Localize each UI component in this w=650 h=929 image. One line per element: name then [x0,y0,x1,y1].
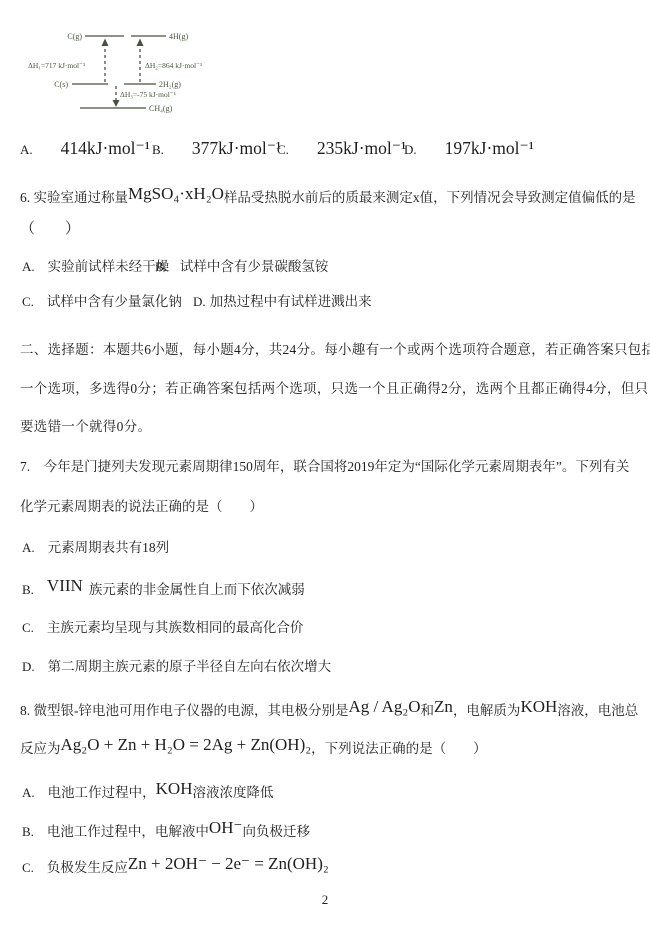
option-letter: D. [193,294,206,309]
option-letter: C. [22,860,34,875]
diagram-dh1-label: ΔH₁=717 kJ·mol⁻¹ [28,61,85,70]
q8-electrodes-formula: Ag / Ag₂O [349,697,421,716]
exam-page: { "page_number": "2", "colors": { "ink":… [0,0,650,929]
q7-option-b: B.VIIN族元素的非金属性自上而下依次减弱 [22,578,305,599]
page-number: 2 [0,892,650,908]
q8-l1-text4: 溶液，电池总 [557,703,638,718]
option-letter: A. [22,540,35,555]
q8-stem-line1: 8. 微型银-锌电池可用作电子仪器的电源，其电极分别是Ag / Ag₂O和Zn，… [20,699,638,720]
q8-option-c-formula: Zn + 2OH⁻ − 2e⁻ = Zn(OH)₂ [128,854,329,873]
option-letter: B. [22,824,34,839]
q8-option-b: B.电池工作过程中，电解液中OH⁻向负极迁移 [22,820,310,841]
q7-option-b-formula: VIIN [47,576,83,595]
q7-stem-line1: 7. 今年是门捷列夫发现元素周期律150周年，联合国将2019年定为“国际化学元… [20,459,629,476]
option-value: 377kJ·mol⁻¹ [192,138,281,158]
section2-instructions-line3: 要选错一个就得0分。 [20,419,151,436]
option-text: 主族元素均呈现与其族数相同的最高化合价 [47,620,304,635]
energy-diagram: C(g) 4H(g) C(s) 2H₂(g) CH₄(g) ΔH₁=717 kJ… [28,16,238,124]
diagram-label-2h2: 2H₂(g) [159,80,181,89]
diagram-dh3-label: ΔH₃=-75 kJ·mol⁻¹ [120,90,176,99]
q6-suffix: 样品受热脱水前后的质最来测定x值，下列情况会导致测定值偏低的是 [224,190,636,205]
q7-option-d: D.第二周期主族元素的原子半径自左向右依次增大 [22,659,331,676]
option-letter: B. [152,142,164,157]
diagram-dh2-label: ΔH₂=864 kJ·mol⁻¹ [145,61,202,70]
diagram-label-ch4: CH₄(g) [149,104,173,113]
diagram-label-cs: C(s) [54,80,68,89]
q8-l2-text2: ，下列说法正确的是（ ） [311,741,487,756]
q6-prefix: 6. 实验室通过称量 [20,190,128,205]
dh3-arrowhead [113,100,120,107]
q5-option-c: C.235kJ·mol⁻¹ [277,138,406,160]
option-text: 元素周期表共有18列 [48,540,170,555]
q8-option-b-formula: OH⁻ [209,818,243,837]
q5-option-d: D.197kJ·mol⁻¹ [404,138,534,160]
option-letter: A. [20,142,33,157]
q6-formula: MgSO₄·xH₂O [128,184,224,203]
q8-l2-text1: 反应为 [20,741,61,756]
option-letter: C. [277,142,289,157]
option-text: 第二周期主族元素的原子半径自左向右依次增大 [48,659,332,674]
q5-option-a: A.414kJ·mol⁻¹ [20,138,150,160]
q6-stem: 6. 实验室通过称量MgSO₄·xH₂O样品受热脱水前后的质最来测定x值，下列情… [20,186,636,207]
option-letter: B. [155,259,167,274]
q7-stem-line2: 化学元素周期表的说法正确的是（ ） [20,499,263,516]
q8-l1-text2: 和 [421,703,435,718]
q8-zn-formula: Zn [434,697,453,716]
q8-overall-reaction-formula: Ag₂O + Zn + H₂O = 2Ag + Zn(OH)₂ [61,735,312,754]
option-letter: D. [404,142,417,157]
q6-option-a: A.实验前试样未经干燥 [22,259,169,276]
option-text: 加热过程中有试样进溅出来 [210,294,372,309]
q8-koh-formula: KOH [520,697,557,716]
option-text: 实验前试样未经干燥 [48,259,170,274]
option-letter: C. [22,294,34,309]
diagram-label-4h: 4H(g) [169,32,188,41]
option-letter: B. [22,582,34,597]
q6-option-d: D.加热过程中有试样进溅出来 [193,294,372,311]
option-pre: 电池工作过程中，电解液中 [47,824,209,839]
diagram-label-cg: C(g) [67,32,82,41]
option-value: 235kJ·mol⁻¹ [317,138,406,158]
q8-option-a-formula: KOH [156,779,193,798]
q8-stem-line2: 反应为Ag₂O + Zn + H₂O = 2Ag + Zn(OH)₂，下列说法正… [20,737,487,758]
q6-answer-brackets: （ ） [20,220,80,239]
option-pre: 负极发生反应 [47,860,128,875]
option-pre: 电池工作过程中， [48,785,156,800]
dh1-arrowhead [102,39,109,47]
q8-option-c: C.负极发生反应Zn + 2OH⁻ − 2e⁻ = Zn(OH)₂ [22,856,329,877]
section2-instructions-line2: 一个选项，多选得0分；若正确答案包括两个选项，只选一个且正确得2分，选两个且都正… [20,381,648,398]
q7-option-c: C.主族元素均呈现与其族数相同的最高化合价 [22,620,303,637]
option-value: 414kJ·mol⁻¹ [61,138,150,158]
option-letter: A. [22,785,35,800]
option-post: 向负极迁移 [242,824,310,839]
option-letter: A. [22,259,35,274]
q5-option-b: B.377kJ·mol⁻¹ [152,138,281,160]
option-text: 族元素的非金属性自上而下依次减弱 [89,582,305,597]
q8-l1-text1: 8. 微型银-锌电池可用作电子仪器的电源，其电极分别是 [20,703,349,718]
q6-option-c: C.试样中含有少量氯化钠 [22,294,182,311]
q8-option-a: A.电池工作过程中，KOH溶液浓度降低 [22,781,273,802]
option-text: 试样中含有少量氯化钠 [47,294,182,309]
option-letter: C. [22,620,34,635]
section2-instructions-line1: 二、选择题：本题共6小题，每小题4分，共24分。每小趣有一个或两个选项符合题意，… [20,342,650,359]
q6-option-b: B.试样中含有少景碳酸氢铵 [155,259,328,276]
option-post: 溶液浓度降低 [192,785,273,800]
q7-option-a: A.元素周期表共有18列 [22,540,169,557]
q8-l1-text3: ，电解质为 [453,703,521,718]
dh2-arrowhead [137,39,144,47]
option-letter: D. [22,659,35,674]
option-value: 197kJ·mol⁻¹ [445,138,534,158]
option-text: 试样中含有少景碳酸氢铵 [180,259,329,274]
